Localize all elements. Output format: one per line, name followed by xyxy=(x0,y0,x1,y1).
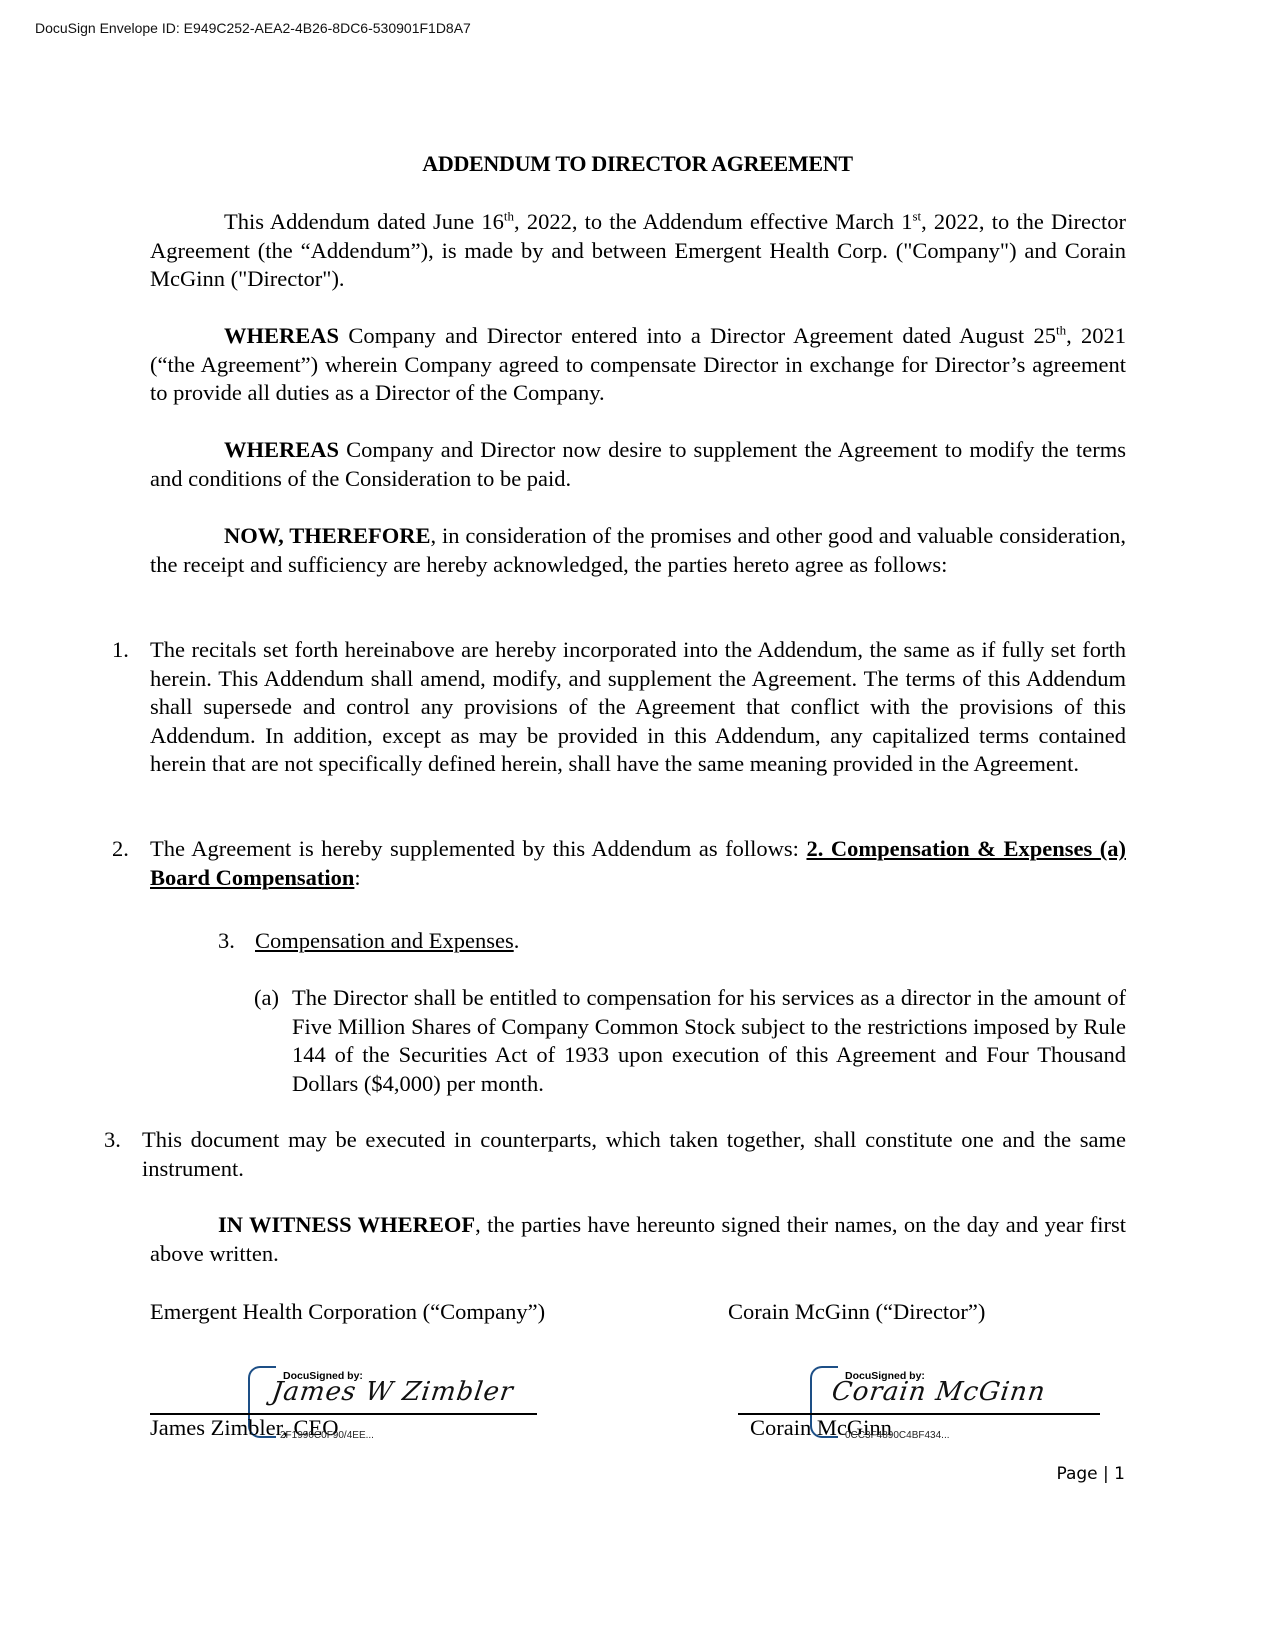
item-number: 2. xyxy=(112,835,129,864)
whereas-lead: WHEREAS xyxy=(224,437,339,462)
witness-paragraph: IN WITNESS WHEREOF, the parties have her… xyxy=(150,1211,1126,1268)
section3-title: Compensation and Expenses xyxy=(255,928,514,953)
list-item-2: The Agreement is hereby supplemented by … xyxy=(150,835,1126,892)
item2-text: The Agreement is hereby supplemented by … xyxy=(150,836,806,861)
section3a-text: The Director shall be entitled to compen… xyxy=(292,984,1126,1098)
section-3-heading: 3.Compensation and Expenses. xyxy=(218,927,519,956)
whereas1-text-a: Company and Director entered into a Dire… xyxy=(339,323,1056,348)
witness-lead: IN WITNESS WHEREOF xyxy=(218,1212,475,1237)
list-item-3: This document may be executed in counter… xyxy=(142,1126,1126,1183)
page-number: Page | 1 xyxy=(1056,1460,1125,1489)
section3-tail: . xyxy=(514,928,520,953)
intro-text-a: This Addendum dated June 16 xyxy=(224,209,504,234)
section3a-label: (a) xyxy=(254,984,279,1013)
whereas1-sup: th xyxy=(1056,323,1066,338)
item-number: 3. xyxy=(104,1126,121,1155)
section3-number: 3. xyxy=(218,927,255,956)
therefore-paragraph: NOW, THEREFORE, in consideration of the … xyxy=(150,522,1126,579)
director-signature[interactable]: Corain McGinn xyxy=(830,1378,1048,1407)
director-party-label: Corain McGinn (“Director”) xyxy=(728,1298,985,1327)
whereas-lead: WHEREAS xyxy=(224,323,339,348)
whereas-paragraph-2: WHEREAS Company and Director now desire … xyxy=(150,436,1126,493)
company-party-label: Emergent Health Corporation (“Company”) xyxy=(150,1298,545,1327)
intro-paragraph: This Addendum dated June 16th, 2022, to … xyxy=(150,208,1126,294)
document-title: ADDENDUM TO DIRECTOR AGREEMENT xyxy=(0,150,1275,179)
list-item-1: The recitals set forth hereinabove are h… xyxy=(150,636,1126,779)
docusign-signer-id: 0CC3F4890C4BF434... xyxy=(845,1422,950,1451)
intro-sup-2: st xyxy=(912,209,921,224)
whereas-paragraph-1: WHEREAS Company and Director entered int… xyxy=(150,322,1126,408)
item2-tail: : xyxy=(354,865,360,890)
intro-sup-1: th xyxy=(504,209,514,224)
document-page: ADDENDUM TO DIRECTOR AGREEMENT This Adde… xyxy=(0,0,1275,1650)
section-3a: (a) The Director shall be entitled to co… xyxy=(254,984,1126,1098)
therefore-lead: NOW, THEREFORE xyxy=(224,523,431,548)
intro-text-b: , 2022, to the Addendum effective March … xyxy=(514,209,912,234)
docusign-signer-id: 2F1990C0F90/4EE... xyxy=(280,1422,374,1451)
company-signature[interactable]: James W Zimbler xyxy=(270,1378,515,1407)
item-number: 1. xyxy=(112,636,129,665)
